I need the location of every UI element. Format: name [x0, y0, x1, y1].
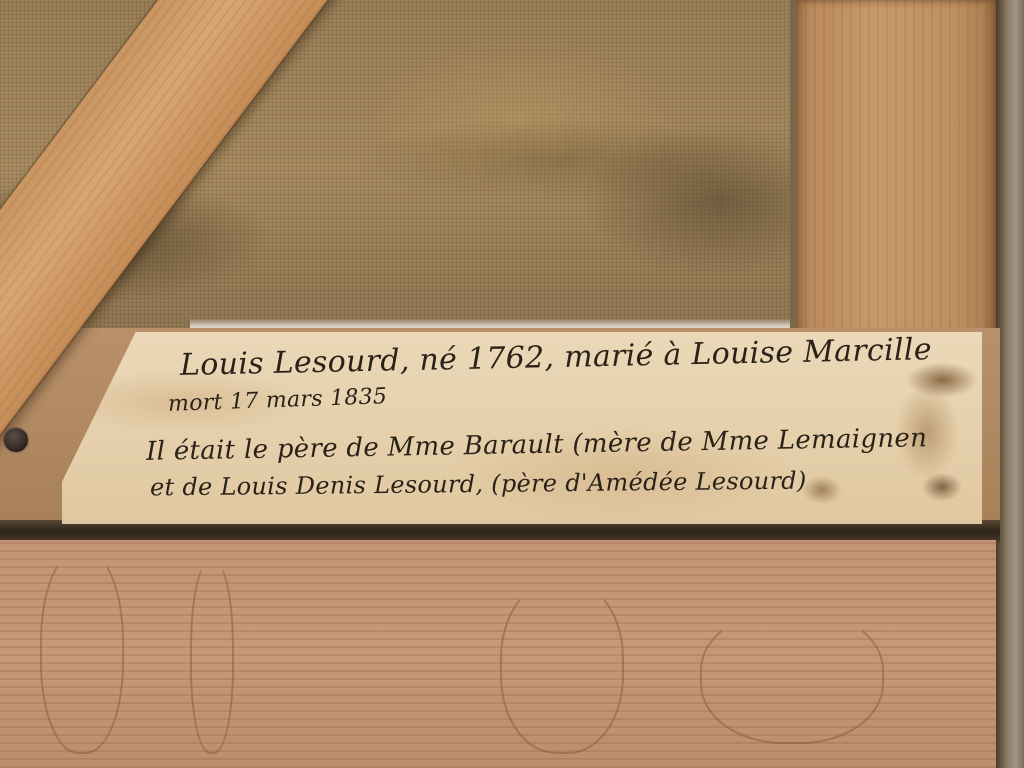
nail-head-icon [4, 428, 28, 452]
frayed-canvas-edge [996, 0, 1024, 768]
water-stain [700, 610, 884, 744]
water-stain [40, 550, 124, 754]
painting-back-photo: Louis Lesourd, né 1762, marié à Louise M… [0, 0, 1024, 768]
right-stretcher-bar [796, 0, 996, 335]
bottom-frame-plank [0, 540, 996, 768]
water-stain [190, 560, 234, 754]
water-stain [500, 580, 624, 754]
